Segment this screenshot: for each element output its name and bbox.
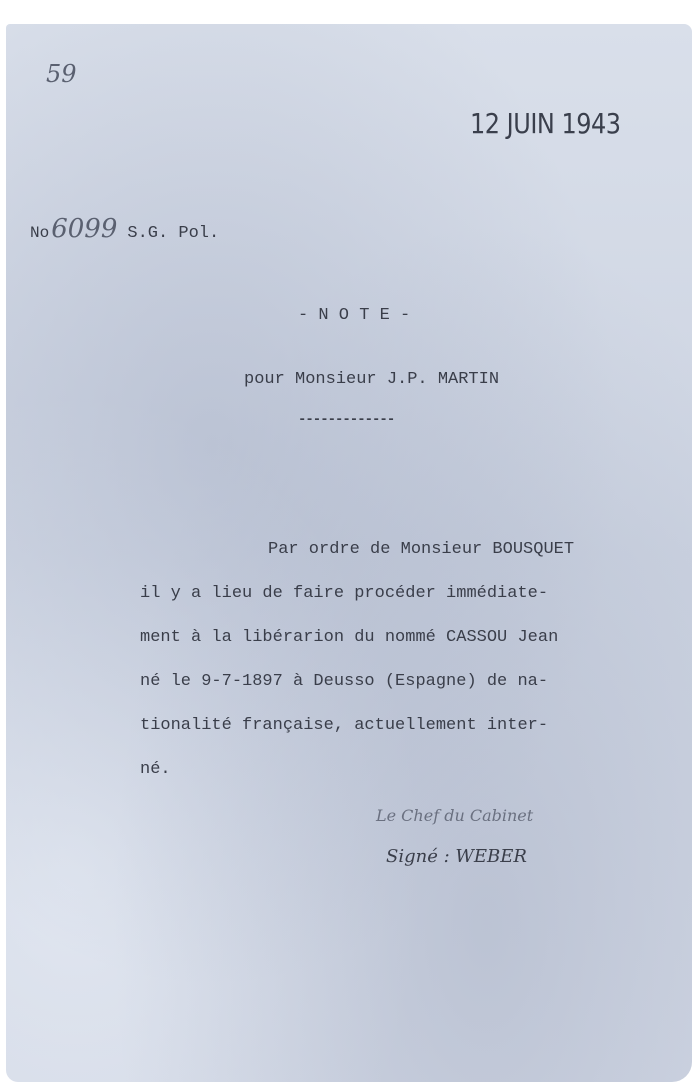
signature-name: Signé : WEBER: [386, 846, 527, 867]
reference-service: S.G. Pol.: [127, 224, 219, 243]
body-line-6: né.: [140, 760, 171, 779]
handwritten-page-number: 59: [46, 60, 77, 88]
addressee: pour Monsieur J.P. MARTIN: [244, 370, 499, 389]
reference-prefix: No: [30, 224, 49, 242]
body-line-3: ment à la libérarion du nommé CASSOU Jea…: [140, 628, 558, 647]
reference-number-handwritten: 6099: [51, 214, 117, 244]
date-stamp: 12 JUIN 1943: [470, 108, 621, 140]
body-line-4: né le 9-7-1897 à Deusso (Espagne) de na-: [140, 672, 548, 691]
reference-line: No6099S.G. Pol.: [30, 214, 219, 244]
addressee-underline: -------------: [298, 412, 394, 428]
body-line-2: il y a lieu de faire procéder immédiate-: [140, 584, 548, 603]
note-title: - N O T E -: [298, 306, 410, 325]
body-line-5: tionalité française, actuellement inter-: [140, 716, 548, 735]
signature-role: Le Chef du Cabinet: [376, 806, 533, 825]
body-line-1: Par ordre de Monsieur BOUSQUET: [268, 540, 574, 559]
